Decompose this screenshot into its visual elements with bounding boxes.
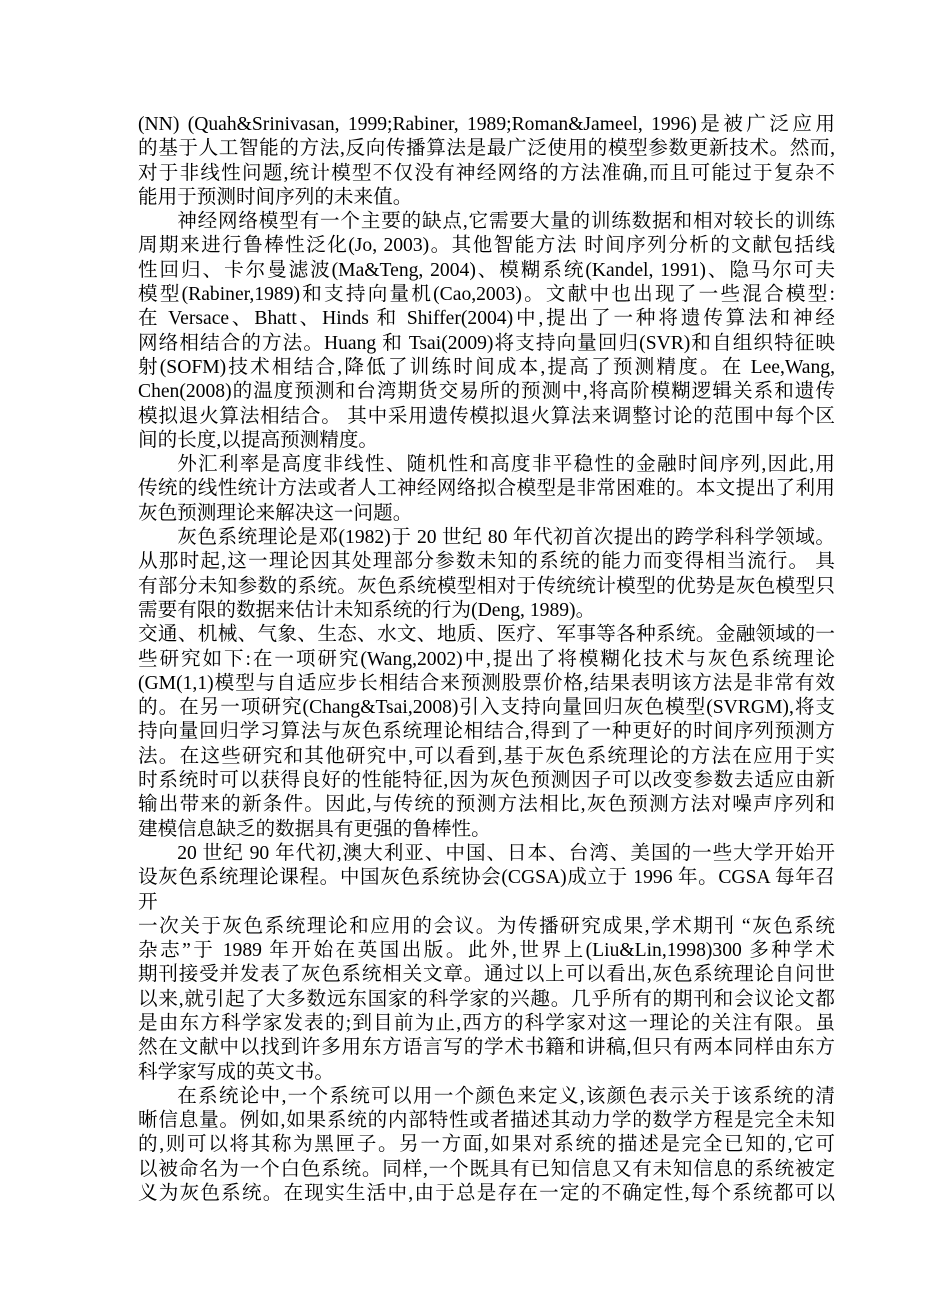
text-line: 的,则可以将其称为黑匣子。另一方面,如果对系统的描述是完全已知的,它可 [138,1133,835,1157]
text-line: 杂志”于 1989 年开始在英国出版。此外,世界上(Liu&Lin,1998)3… [138,939,835,963]
paragraph: 交通、机械、气象、生态、水文、地质、医疗、军事等各种系统。金融领域的一些研究如下… [138,623,835,842]
text-line: 神经网络模型有一个主要的缺点,它需要大量的训练数据和相对较长的训练 [138,210,835,234]
text-line: 晰信息量。例如,如果系统的内部特性或者描述其动力学的数学方程是完全未知 [138,1109,835,1133]
text-line: (NN) (Quah&Srinivasan, 1999;Rabiner, 198… [138,113,835,137]
text-line: 20 世纪 90 年代初,澳大利亚、中国、日本、台湾、美国的一些大学开始开 [138,842,835,866]
text-line: 法。在这些研究和其他研究中,可以看到,基于灰色系统理论的方法在应用于实 [138,745,835,769]
paragraph: 外汇利率是高度非线性、随机性和高度非平稳性的金融时间序列,因此,用传统的线性统计… [138,453,835,526]
text-line: 建模信息缺乏的数据具有更强的鲁棒性。 [138,818,835,842]
text-line: 时系统时可以获得良好的性能特征,因为灰色预测因子可以改变参数去适应由新 [138,769,835,793]
text-line: 交通、机械、气象、生态、水文、地质、医疗、军事等各种系统。金融领域的一 [138,623,835,647]
text-line: 周期来进行鲁棒性泛化(Jo, 2003)。其他智能方法 时间序列分析的文献包括线 [138,234,835,258]
text-line: 模型(Rabiner,1989)和支持向量机(Cao,2003)。文献中也出现了… [138,283,835,307]
text-line: 持向量回归学习算法与灰色系统理论相结合,得到了一种更好的时间序列预测方 [138,720,835,744]
text-line: 性回归、卡尔曼滤波(Ma&Teng, 2004)、模糊系统(Kandel, 19… [138,259,835,283]
text-line: 有部分未知参数的系统。灰色系统模型相对于传统统计模型的优势是灰色模型只 [138,575,835,599]
text-line: 以来,就引起了大多数远东国家的科学家的兴趣。几乎所有的期刊和会议论文都 [138,988,835,1012]
text-line: 间的长度,以提高预测精度。 [138,429,835,453]
text-line: 输出带来的新条件。因此,与传统的预测方法相比,灰色预测方法对噪声序列和 [138,793,835,817]
text-line: 义为灰色系统。在现实生活中,由于总是存在一定的不确定性,每个系统都可以 [138,1182,835,1206]
text-line: 对于非线性问题,统计模型不仅没有神经网络的方法准确,而且可能过于复杂不 [138,162,835,186]
paragraph: 在系统论中,一个系统可以用一个颜色来定义,该颜色表示关于该系统的清晰信息量。例如… [138,1085,835,1206]
text-line: 射(SOFM)技术相结合,降低了训练时间成本,提高了预测精度。在 Lee,Wan… [138,356,835,380]
text-line: 一次关于灰色系统理论和应用的会议。为传播研究成果,学术期刊 “灰色系统 [138,915,835,939]
text-line: Chen(2008)的温度预测和台湾期货交易所的预测中,将高阶模糊逻辑关系和遗传 [138,380,835,404]
text-line: 网络相结合的方法。Huang 和 Tsai(2009)将支持向量回归(SVR)和… [138,332,835,356]
text-line: (GM(1,1)模型与自适应步长相结合来预测股票价格,结果表明该方法是非常有效 [138,672,835,696]
text-line: 需要有限的数据来估计未知系统的行为(Deng, 1989)。 [138,599,835,623]
text-line: 外汇利率是高度非线性、随机性和高度非平稳性的金融时间序列,因此,用 [138,453,835,477]
text-line: 在 Versace、Bhatt、Hinds 和 Shiffer(2004)中,提… [138,307,835,331]
text-line: 科学家写成的英文书。 [138,1061,835,1085]
text-line: 是由东方科学家发表的;到目前为止,西方的科学家对这一理论的关注有限。虽 [138,1012,835,1036]
text-line: 能用于预测时间序列的未来值。 [138,186,835,210]
text-line: 灰色系统理论是邓(1982)于 20 世纪 80 年代初首次提出的跨学科科学领域… [138,526,835,550]
text-line: 从那时起,这一理论因其处理部分参数未知的系统的能力而变得相当流行。 具 [138,550,835,574]
text-line: 灰色预测理论来解决这一问题。 [138,502,835,526]
text-line: 期刊接受并发表了灰色系统相关文章。通过以上可以看出,灰色系统理论自问世 [138,963,835,987]
paragraph: 20 世纪 90 年代初,澳大利亚、中国、日本、台湾、美国的一些大学开始开设灰色… [138,842,835,1085]
paragraph: (NN) (Quah&Srinivasan, 1999;Rabiner, 198… [138,113,835,210]
paragraph: 神经网络模型有一个主要的缺点,它需要大量的训练数据和相对较长的训练周期来进行鲁棒… [138,210,835,453]
text-line: 模拟退火算法相结合。 其中采用遗传模拟退火算法来调整讨论的范围中每个区 [138,405,835,429]
text-line: 在系统论中,一个系统可以用一个颜色来定义,该颜色表示关于该系统的清 [138,1085,835,1109]
text-line: 然在文献中以找到许多用东方语言写的学术书籍和讲稿,但只有两本同样由东方 [138,1036,835,1060]
text-line: 以被命名为一个白色系统。同样,一个既具有已知信息又有未知信息的系统被定 [138,1158,835,1182]
text-line: 的。在另一项研究(Chang&Tsai,2008)引入支持向量回归灰色模型(SV… [138,696,835,720]
text-line: 传统的线性统计方法或者人工神经网络拟合模型是非常困难的。本文提出了利用 [138,477,835,501]
text-line: 设灰色系统理论课程。中国灰色系统协会(CGSA)成立于 1996 年。CGSA … [138,866,835,915]
text-line: 的基于人工智能的方法,反向传播算法是最广泛使用的模型参数更新技术。然而, [138,137,835,161]
document-page: (NN) (Quah&Srinivasan, 1999;Rabiner, 198… [0,0,926,1309]
text-line: 些研究如下:在一项研究(Wang,2002)中,提出了将模糊化技术与灰色系统理论 [138,648,835,672]
document-body: (NN) (Quah&Srinivasan, 1999;Rabiner, 198… [138,113,835,1206]
paragraph: 灰色系统理论是邓(1982)于 20 世纪 80 年代初首次提出的跨学科科学领域… [138,526,835,623]
